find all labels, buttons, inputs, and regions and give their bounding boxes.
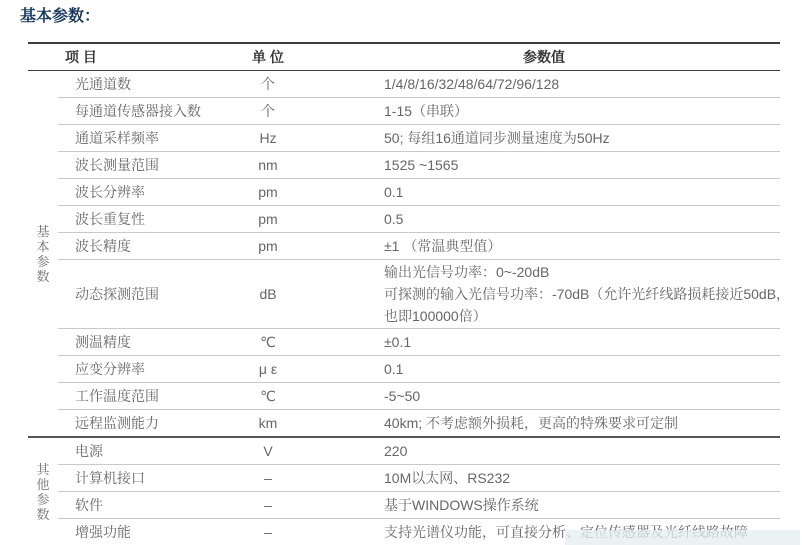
table-row: 远程监测能力km40km; 不考虑额外损耗，更高的特殊要求可定制	[58, 409, 780, 436]
item-cell: 工作温度范围	[58, 386, 228, 406]
parameters-table: 项 目 单 位 参数值 基本参数光通道数个1/4/8/16/32/48/64/7…	[28, 42, 780, 545]
column-header-value: 参数值	[308, 47, 780, 67]
value-cell: 50; 每组16通道同步测量速度为50Hz	[308, 128, 780, 148]
item-cell: 应变分辨率	[58, 359, 228, 379]
unit-cell: ℃	[228, 334, 308, 351]
value-line: 1-15（串联）	[384, 101, 780, 121]
table-header-row: 项 目 单 位 参数值	[28, 44, 780, 71]
unit-cell: km	[228, 415, 308, 431]
value-line: 可探测的输入光信号功率：-70dB（允许光纤线路损耗接近50dB，	[384, 283, 780, 305]
value-line: 1/4/8/16/32/48/64/72/96/128	[384, 76, 780, 92]
table-row: 波长重复性pm0.5	[58, 205, 780, 232]
value-cell: 0.1	[308, 361, 780, 377]
value-line: 40km; 不考虑额外损耗，更高的特殊要求可定制	[384, 413, 780, 433]
value-line: ±1 （常温典型值）	[384, 236, 780, 256]
value-line: ±0.1	[384, 334, 780, 350]
item-cell: 电源	[58, 441, 228, 461]
value-cell: 输出光信号功率：0~-20dB可探测的输入光信号功率：-70dB（允许光纤线路损…	[308, 261, 780, 327]
value-cell: 10M以太网、RS232	[308, 468, 780, 488]
value-line: 0.1	[384, 361, 780, 377]
unit-cell: 个	[228, 101, 308, 121]
item-cell: 动态探测范围	[58, 284, 228, 304]
unit-cell: 个	[228, 74, 308, 94]
item-cell: 通道采样频率	[58, 128, 228, 148]
value-line: 220	[384, 443, 780, 459]
unit-cell: pm	[228, 211, 308, 227]
value-line: -5~50	[384, 388, 780, 404]
unit-cell: ℃	[228, 388, 308, 405]
item-cell: 波长测量范围	[58, 155, 228, 175]
value-line: 输出光信号功率：0~-20dB	[384, 261, 780, 283]
item-cell: 远程监测能力	[58, 413, 228, 433]
item-cell: 每通道传感器接入数	[58, 101, 228, 121]
unit-cell: –	[228, 470, 308, 486]
value-line: 基于WINDOWS操作系统	[384, 495, 780, 515]
table-body: 基本参数光通道数个1/4/8/16/32/48/64/72/96/128每通道传…	[28, 71, 780, 545]
item-cell: 增强功能	[58, 522, 228, 542]
section-rows: 光通道数个1/4/8/16/32/48/64/72/96/128每通道传感器接入…	[58, 71, 780, 436]
table-row: 测温精度℃±0.1	[58, 328, 780, 355]
value-line: 0.1	[384, 184, 780, 200]
table-row: 每通道传感器接入数个1-15（串联）	[58, 97, 780, 124]
value-cell: 1-15（串联）	[308, 101, 780, 121]
column-header-item: 项 目	[58, 47, 228, 67]
value-cell: 1525 ~1565	[308, 157, 780, 173]
page-title: 基本参数：	[20, 3, 100, 26]
value-cell: 0.5	[308, 211, 780, 227]
table-section-2: 其他参数电源V220计算机接口–10M以太网、RS232软件–基于WINDOWS…	[28, 436, 780, 545]
table-row: 波长测量范围nm1525 ~1565	[58, 151, 780, 178]
value-cell: 基于WINDOWS操作系统	[308, 495, 780, 515]
unit-cell: –	[228, 497, 308, 513]
unit-cell: dB	[228, 286, 308, 302]
table-row: 电源V220	[58, 438, 780, 464]
value-cell: ±1 （常温典型值）	[308, 236, 780, 256]
item-cell: 波长重复性	[58, 209, 228, 229]
value-cell: 40km; 不考虑额外损耗，更高的特殊要求可定制	[308, 413, 780, 433]
table-row: 应变分辨率μ ε0.1	[58, 355, 780, 382]
group-label-text: 其他参数	[36, 462, 51, 522]
table-row: 计算机接口–10M以太网、RS232	[58, 464, 780, 491]
table-section-1: 基本参数光通道数个1/4/8/16/32/48/64/72/96/128每通道传…	[28, 71, 780, 436]
value-line: 0.5	[384, 211, 780, 227]
value-cell: -5~50	[308, 388, 780, 404]
item-cell: 计算机接口	[58, 468, 228, 488]
item-cell: 软件	[58, 495, 228, 515]
item-cell: 波长精度	[58, 236, 228, 256]
table-row: 软件–基于WINDOWS操作系统	[58, 491, 780, 518]
unit-cell: –	[228, 524, 308, 540]
item-cell: 光通道数	[58, 74, 228, 94]
value-cell: ±0.1	[308, 334, 780, 350]
unit-cell: pm	[228, 238, 308, 254]
unit-cell: Hz	[228, 130, 308, 146]
value-line: 50; 每组16通道同步测量速度为50Hz	[384, 128, 780, 148]
group-label-cell: 其他参数	[28, 438, 58, 545]
value-line: 10M以太网、RS232	[384, 468, 780, 488]
item-cell: 波长分辨率	[58, 182, 228, 202]
table-row: 工作温度范围℃-5~50	[58, 382, 780, 409]
unit-cell: μ ε	[228, 361, 308, 377]
value-cell: 220	[308, 443, 780, 459]
table-row: 光通道数个1/4/8/16/32/48/64/72/96/128	[58, 71, 780, 97]
unit-cell: nm	[228, 157, 308, 173]
column-header-unit: 单 位	[228, 47, 308, 67]
value-cell: 0.1	[308, 184, 780, 200]
item-cell: 测温精度	[58, 332, 228, 352]
section-rows: 电源V220计算机接口–10M以太网、RS232软件–基于WINDOWS操作系统…	[58, 438, 780, 545]
table-row: 波长分辨率pm0.1	[58, 178, 780, 205]
bottom-right-highlight	[565, 530, 800, 545]
table-row: 动态探测范围dB输出光信号功率：0~-20dB可探测的输入光信号功率：-70dB…	[58, 259, 780, 328]
value-cell: 1/4/8/16/32/48/64/72/96/128	[308, 76, 780, 92]
unit-cell: V	[228, 443, 308, 459]
value-line: 1525 ~1565	[384, 157, 780, 173]
group-label-cell: 基本参数	[28, 71, 58, 436]
value-line: 也即100000倍）	[384, 305, 780, 327]
unit-cell: pm	[228, 184, 308, 200]
table-row: 通道采样频率Hz50; 每组16通道同步测量速度为50Hz	[58, 124, 780, 151]
table-row: 波长精度pm±1 （常温典型值）	[58, 232, 780, 259]
group-label-text: 基本参数	[36, 224, 51, 284]
